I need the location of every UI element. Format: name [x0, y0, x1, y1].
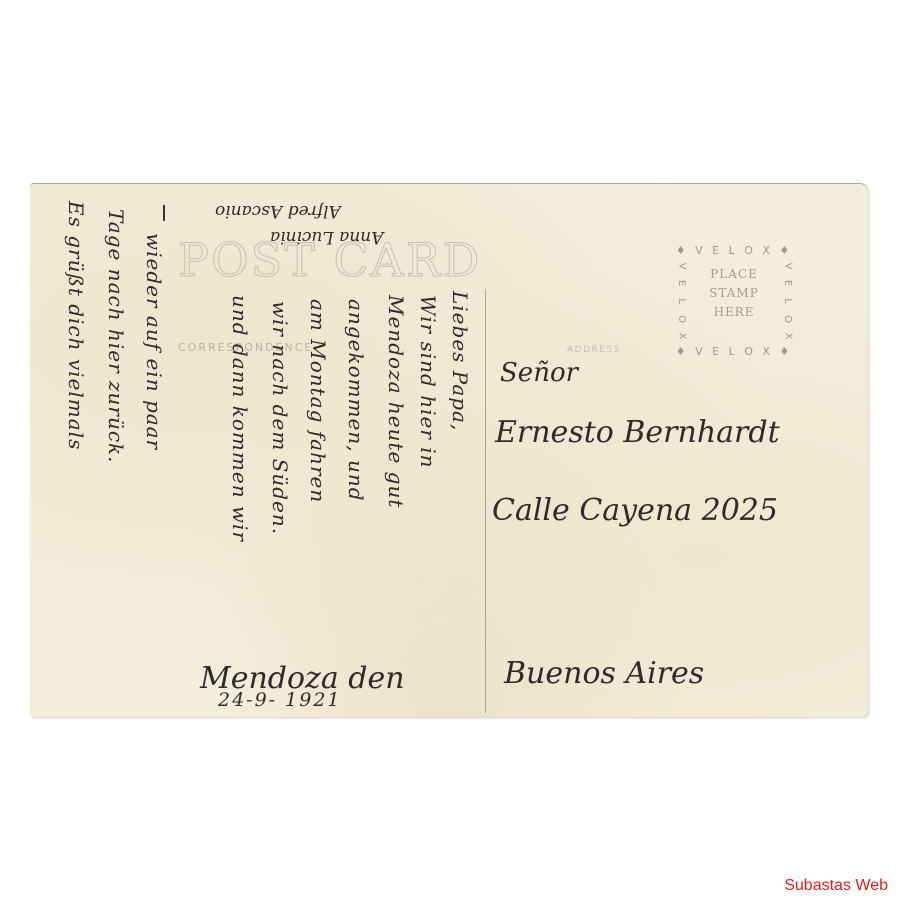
stamp-letter: X: [782, 333, 792, 340]
address-street: Calle Cayena 2025: [492, 493, 778, 528]
stamp-border-bottom: ♦ V E L O X ♦: [672, 345, 796, 358]
message-line: Liebes Papa,: [448, 291, 472, 431]
stamp-line: HERE: [690, 303, 778, 322]
stamp-letter: X: [676, 333, 686, 340]
stamp-instructions: PLACE STAMP HERE: [690, 265, 778, 322]
upside-down-line: Anna Lucinia: [270, 227, 383, 247]
address-recipient-name: Ernesto Bernhardt: [495, 415, 780, 450]
stamp-letter: V: [782, 262, 792, 269]
message-line: und dann kommen wir: [228, 295, 252, 542]
stamp-letter: E: [676, 280, 686, 286]
image-stage: POST CARD CORRESPONDENCE ADDRESS ♦ V E L…: [0, 0, 900, 900]
message-date: 24-9- 1921: [218, 689, 342, 711]
stamp-letter: E: [782, 280, 792, 286]
message-line: Es grüßt dich vielmals: [64, 201, 88, 450]
upside-down-line: Alfred Ascanio: [215, 201, 341, 221]
message-line: wieder auf ein paar: [142, 233, 166, 450]
stamp-box: ♦ V E L O X ♦ V E L O X V E L O X PLACE …: [672, 241, 796, 361]
stamp-letter: O: [676, 315, 686, 323]
message-line: Mendoza heute gut: [384, 295, 408, 508]
address-city: Buenos Aires: [504, 656, 704, 691]
stamp-letter: O: [782, 315, 792, 323]
message-line: Tage nach hier zurück.: [104, 209, 128, 464]
stamp-border-right: V E L O X: [780, 257, 794, 345]
message-line: angekommen, und: [344, 299, 368, 502]
watermark-text: Subastas Web: [784, 877, 888, 895]
stamp-line: PLACE: [690, 265, 778, 284]
stamp-letter: V: [676, 262, 686, 269]
center-divider-line: [485, 289, 486, 713]
stamp-letter: L: [676, 298, 686, 304]
message-line: am Montag fahren: [306, 299, 330, 503]
stamp-border-top: ♦ V E L O X ♦: [672, 244, 796, 257]
stamp-letter: L: [782, 298, 792, 304]
stamp-line: STAMP: [690, 284, 778, 303]
message-line: Wir sind hier in: [416, 295, 440, 469]
postcard-back: POST CARD CORRESPONDENCE ADDRESS ♦ V E L…: [30, 183, 868, 717]
printed-address-label: ADDRESS: [567, 345, 621, 355]
ink-dash-mark: [163, 205, 165, 221]
address-salutation: Señor: [500, 358, 578, 388]
stamp-border-left: V E L O X: [674, 257, 688, 345]
message-line: wir nach dem Süden.: [268, 301, 292, 535]
